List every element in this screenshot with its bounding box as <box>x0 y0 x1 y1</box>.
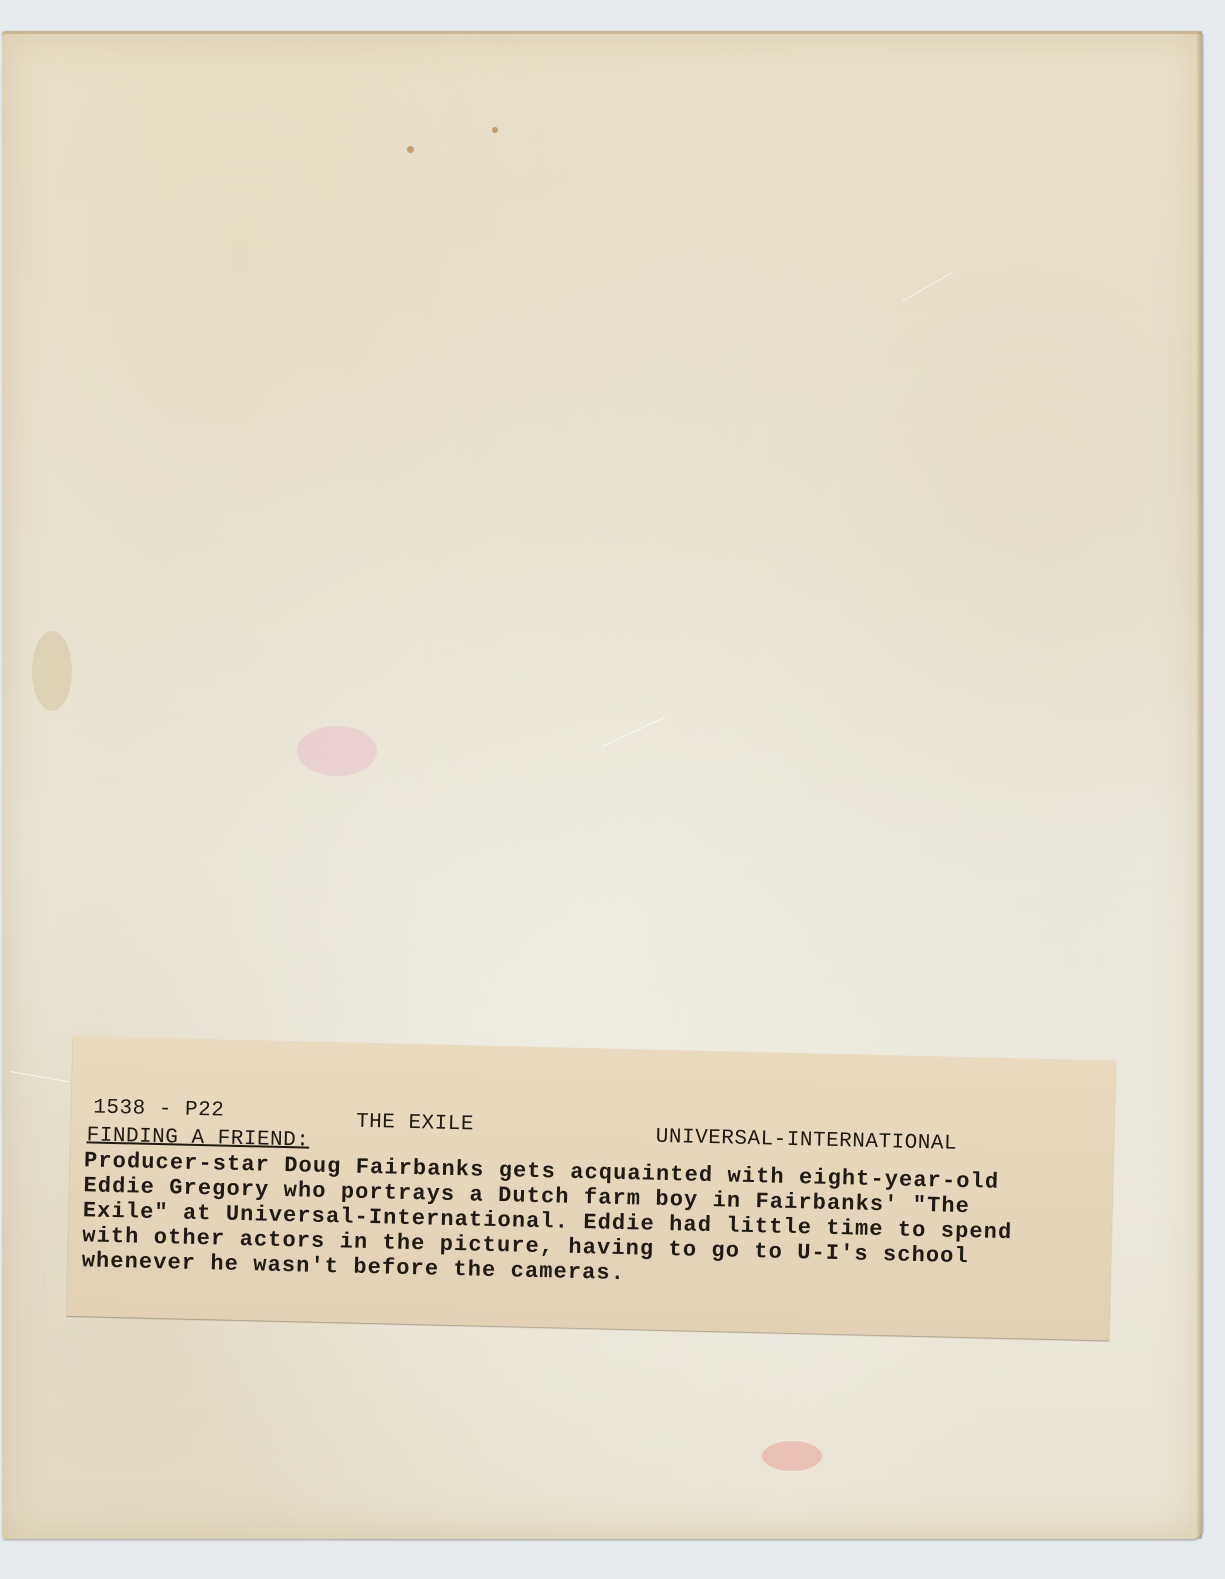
crease <box>602 716 666 746</box>
stain <box>32 631 72 711</box>
stain <box>492 127 498 133</box>
still-number: 1538 - P22 <box>93 1097 225 1123</box>
sheet-edge <box>1196 31 1202 1539</box>
red-mark <box>762 1441 822 1471</box>
crease <box>10 1071 69 1082</box>
stain <box>407 146 414 153</box>
crease <box>902 271 954 302</box>
film-title: THE EXILE <box>356 1111 474 1137</box>
caption-snipe: 1538 - P22 THE EXILE UNIVERSAL-INTERNATI… <box>66 1036 1115 1340</box>
pink-mark <box>297 726 377 776</box>
studio-name: UNIVERSAL-INTERNATIONAL <box>656 1126 958 1156</box>
